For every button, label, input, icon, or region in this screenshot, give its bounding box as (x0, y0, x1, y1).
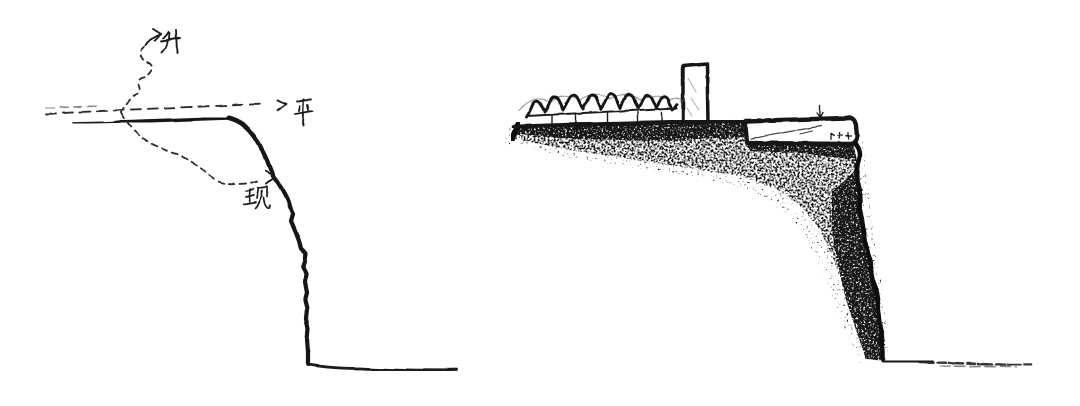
level-dashed-arrow (46, 104, 266, 114)
sawtooth-roofs (519, 94, 683, 123)
label-rise-text: 升 (160, 30, 182, 55)
label-existing: 现 (244, 187, 270, 213)
left-base-line (308, 364, 456, 370)
cliff-charcoal-shading (505, 119, 889, 363)
paper-specks-left (69, 154, 283, 302)
label-level-text: 平 (293, 99, 315, 124)
tower-outline (683, 64, 708, 123)
left-cliff-diagram: 升 平 (46, 29, 456, 370)
left-ground-line-thin (73, 122, 120, 123)
right-base-line (883, 361, 1031, 367)
roofs-zigzag (527, 94, 677, 117)
rise-dashed-wavy-line (121, 46, 152, 112)
level-arrowhead (277, 100, 286, 110)
sketch-canvas: 升 平 (0, 0, 1080, 406)
level-dashed-arrow-extra (46, 106, 100, 108)
right-cliff-drawing (505, 7, 1031, 367)
existing-dashed-line (121, 113, 257, 184)
cantilever-slab (745, 106, 857, 144)
rise-arrow-shaft (146, 35, 159, 45)
left-ground-line (115, 118, 229, 122)
label-rise: 升 (160, 30, 182, 55)
drawing-svg: 升 平 (0, 0, 1080, 406)
label-existing-text: 现 (245, 188, 267, 213)
label-level: 平 (293, 99, 315, 126)
slab-outline (745, 118, 857, 144)
base-line-scribble-2 (940, 366, 1016, 367)
shading-medium-wedge (513, 122, 884, 360)
tower-building (683, 64, 713, 123)
slab-down-arrow (817, 106, 823, 118)
left-cliff-edge (229, 118, 308, 364)
base-line-scribble (920, 362, 1031, 365)
